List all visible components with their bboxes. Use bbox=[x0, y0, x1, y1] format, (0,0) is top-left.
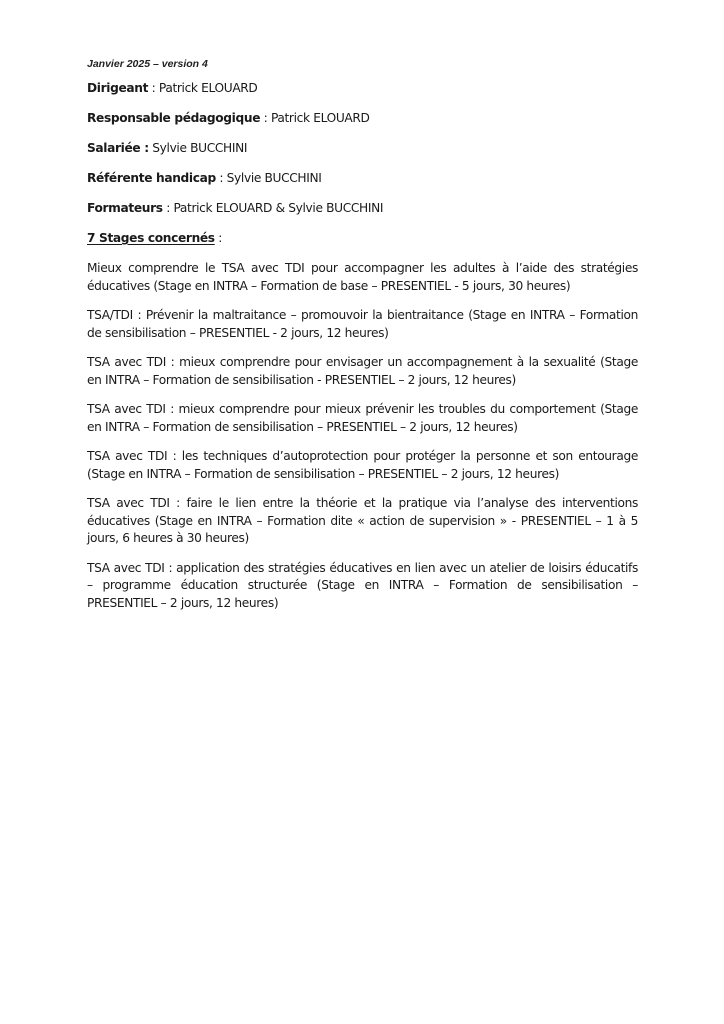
role-responsable-pedagogique: Responsable pédagogique : Patrick ELOUAR… bbox=[87, 110, 638, 126]
document-page: Janvier 2025 – version 4 Dirigeant : Pat… bbox=[87, 58, 638, 624]
role-value: Patrick ELOUARD & Sylvie BUCCHINI bbox=[173, 201, 383, 215]
role-value: Patrick ELOUARD bbox=[159, 81, 258, 95]
role-dirigeant: Dirigeant : Patrick ELOUARD bbox=[87, 80, 638, 96]
role-label: Salariée : bbox=[87, 141, 149, 155]
role-label: Responsable pédagogique bbox=[87, 111, 260, 125]
role-value: Patrick ELOUARD bbox=[271, 111, 370, 125]
role-value: Sylvie BUCCHINI bbox=[227, 171, 322, 185]
role-salariee: Salariée : Sylvie BUCCHINI bbox=[87, 140, 638, 156]
role-label: Référente handicap bbox=[87, 171, 216, 185]
role-value: Sylvie BUCCHINI bbox=[152, 141, 247, 155]
role-label: Formateurs bbox=[87, 201, 163, 215]
stage-item: TSA avec TDI : faire le lien entre la th… bbox=[87, 495, 638, 548]
stage-item: TSA avec TDI : application des stratégie… bbox=[87, 560, 638, 613]
stages-heading-label: 7 Stages concernés bbox=[87, 231, 215, 245]
stage-item: TSA avec TDI : mieux comprendre pour mie… bbox=[87, 401, 638, 436]
stage-item: Mieux comprendre le TSA avec TDI pour ac… bbox=[87, 260, 638, 295]
role-label: Dirigeant bbox=[87, 81, 148, 95]
stage-item: TSA avec TDI : les techniques d’autoprot… bbox=[87, 448, 638, 483]
role-formateurs: Formateurs : Patrick ELOUARD & Sylvie BU… bbox=[87, 200, 638, 216]
stage-item: TSA avec TDI : mieux comprendre pour env… bbox=[87, 354, 638, 389]
stage-item: TSA/TDI : Prévenir la maltraitance – pro… bbox=[87, 307, 638, 342]
stages-heading: 7 Stages concernés : bbox=[87, 230, 638, 246]
version-date: Janvier 2025 – version 4 bbox=[87, 58, 638, 70]
role-referente-handicap: Référente handicap : Sylvie BUCCHINI bbox=[87, 170, 638, 186]
